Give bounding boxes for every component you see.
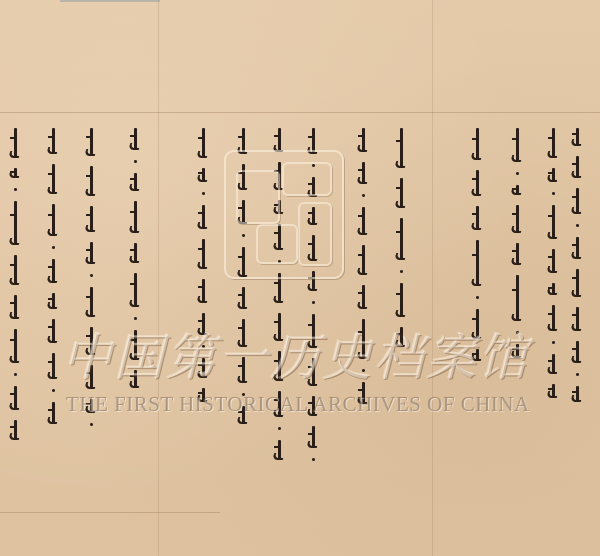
script-word — [242, 287, 245, 309]
script-word — [14, 128, 17, 158]
punctuation-dot — [134, 160, 137, 163]
fold-line-vertical — [158, 0, 159, 556]
punctuation-dot — [552, 192, 555, 195]
script-word — [52, 353, 55, 379]
script-column — [46, 128, 60, 434]
fold-line-vertical — [432, 0, 433, 556]
script-word — [278, 440, 281, 460]
script-word — [552, 354, 555, 374]
punctuation-dot — [90, 274, 93, 277]
punctuation-dot — [14, 188, 17, 191]
script-word — [476, 206, 479, 230]
script-word — [14, 420, 17, 440]
punctuation-dot — [202, 192, 205, 195]
script-word — [576, 188, 579, 214]
script-word — [134, 243, 137, 263]
punctuation-dot — [476, 296, 479, 299]
script-word — [14, 329, 17, 363]
manuscript-page: 中国第一历史档案馆 THE FIRST HISTORICAL ARCHIVES … — [0, 0, 600, 556]
script-word — [362, 128, 365, 152]
script-word — [134, 273, 137, 307]
script-word — [202, 279, 205, 303]
script-word — [476, 170, 479, 196]
script-word — [552, 305, 555, 331]
script-word — [516, 243, 519, 265]
script-word — [516, 185, 519, 195]
punctuation-dot — [400, 270, 403, 273]
script-word — [552, 205, 555, 239]
script-word — [14, 201, 17, 245]
script-word — [14, 255, 17, 285]
script-word — [14, 295, 17, 319]
script-word — [576, 386, 579, 402]
archive-seal-watermark — [224, 150, 344, 279]
script-word — [90, 128, 93, 156]
punctuation-dot — [576, 224, 579, 227]
script-word — [552, 283, 555, 295]
script-word — [278, 128, 281, 152]
punctuation-dot — [14, 373, 17, 376]
script-word — [52, 204, 55, 236]
punctuation-dot — [576, 373, 579, 376]
script-word — [516, 205, 519, 233]
punctuation-dot — [52, 389, 55, 392]
script-word — [202, 128, 205, 158]
script-word — [362, 162, 365, 184]
script-word — [90, 206, 93, 232]
script-column — [570, 128, 584, 412]
script-word — [14, 386, 17, 410]
punctuation-dot — [552, 341, 555, 344]
script-word — [476, 128, 479, 160]
script-column — [8, 128, 22, 450]
punctuation-dot — [312, 458, 315, 461]
script-word — [576, 341, 579, 363]
script-word — [52, 319, 55, 343]
script-word — [202, 239, 205, 269]
punctuation-dot — [90, 423, 93, 426]
fold-line-horizontal — [0, 512, 220, 513]
script-word — [134, 173, 137, 191]
script-word — [52, 259, 55, 283]
punctuation-dot — [52, 246, 55, 249]
script-word — [576, 307, 579, 331]
script-word — [400, 218, 403, 260]
script-word — [400, 128, 403, 168]
script-word — [400, 283, 403, 317]
script-word — [134, 128, 137, 150]
scan-edge — [60, 0, 160, 2]
script-word — [90, 287, 93, 317]
script-word — [362, 285, 365, 309]
script-word — [552, 168, 555, 182]
script-word — [52, 293, 55, 309]
script-word — [362, 207, 365, 235]
script-column — [546, 128, 560, 408]
script-word — [576, 128, 579, 146]
script-word — [202, 168, 205, 182]
punctuation-dot — [516, 172, 519, 175]
script-word — [576, 156, 579, 178]
script-word — [576, 269, 579, 297]
script-word — [400, 178, 403, 208]
script-word — [552, 249, 555, 273]
script-word — [516, 128, 519, 162]
script-word — [90, 166, 93, 196]
script-word — [362, 245, 365, 275]
script-word — [90, 242, 93, 264]
script-word — [552, 384, 555, 398]
script-word — [476, 240, 479, 286]
script-word — [14, 168, 17, 178]
script-word — [552, 128, 555, 158]
script-word — [202, 205, 205, 229]
script-word — [516, 275, 519, 321]
punctuation-dot — [362, 194, 365, 197]
script-word — [312, 426, 315, 448]
punctuation-dot — [278, 427, 281, 430]
watermark-chinese: 中国第一历史档案馆 — [62, 318, 542, 378]
watermark-english: THE FIRST HISTORICAL ARCHIVES OF CHINA — [66, 392, 546, 417]
script-word — [576, 237, 579, 259]
punctuation-dot — [312, 301, 315, 304]
script-word — [52, 128, 55, 154]
script-column — [84, 128, 98, 436]
script-word — [52, 402, 55, 424]
fold-line-horizontal — [0, 112, 600, 113]
script-word — [52, 164, 55, 194]
script-word — [134, 201, 137, 233]
